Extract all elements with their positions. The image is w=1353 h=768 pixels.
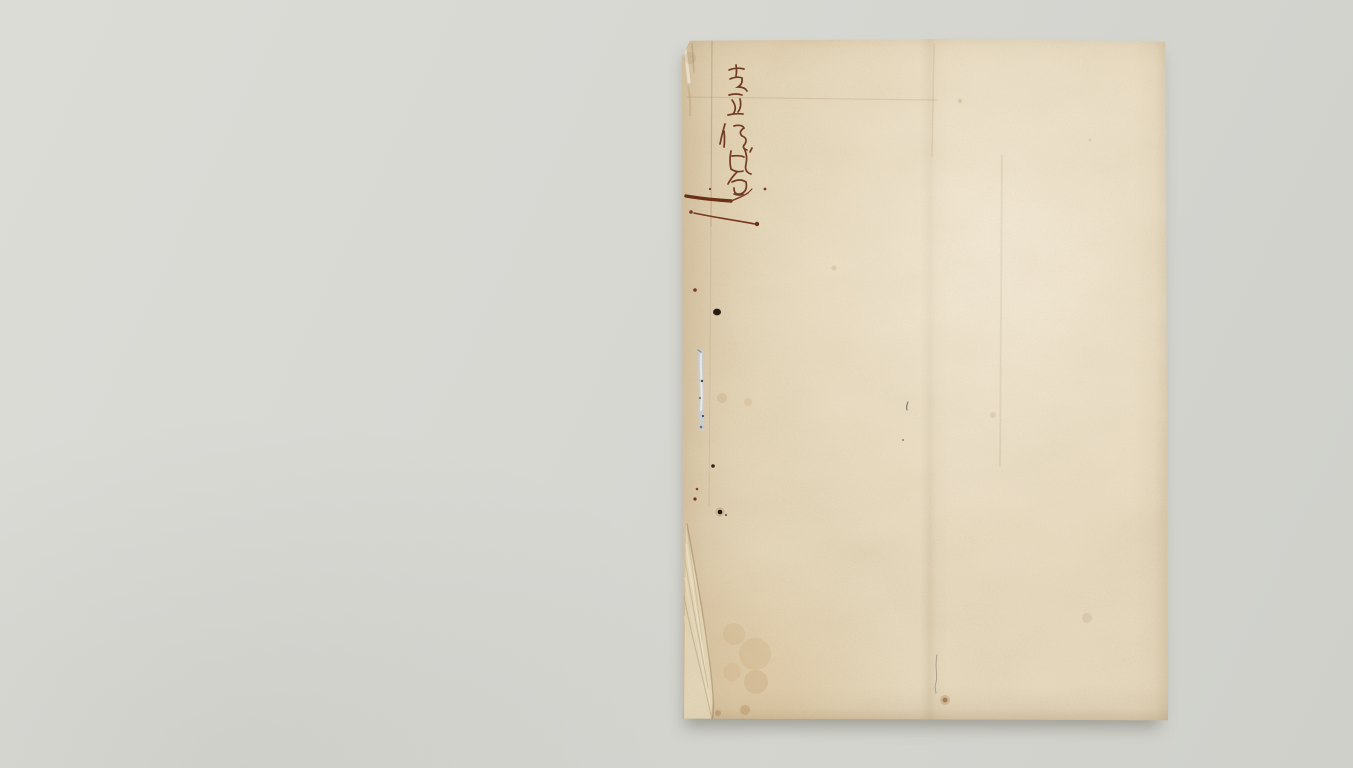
faint-smudges: [717, 99, 1092, 623]
wormhole-dark-spots: [693, 288, 904, 516]
handwritten-inscription-text: 東亜僑民會: [682, 36, 683, 37]
brown-stain-patches: [715, 623, 950, 716]
handwritten-inscription-strokes: [720, 65, 752, 195]
cover-marks: [682, 36, 1168, 722]
photo-background: 東亜僑民會: [0, 0, 1353, 768]
booklet-cover: 東亜僑民會: [682, 36, 1168, 722]
fanned-page-edges: [684, 522, 713, 719]
fold-creases: [687, 39, 1002, 693]
ink-scratch-strokes: [686, 188, 766, 227]
blue-gray-streak: [698, 350, 704, 428]
worn-corner: [684, 44, 696, 116]
